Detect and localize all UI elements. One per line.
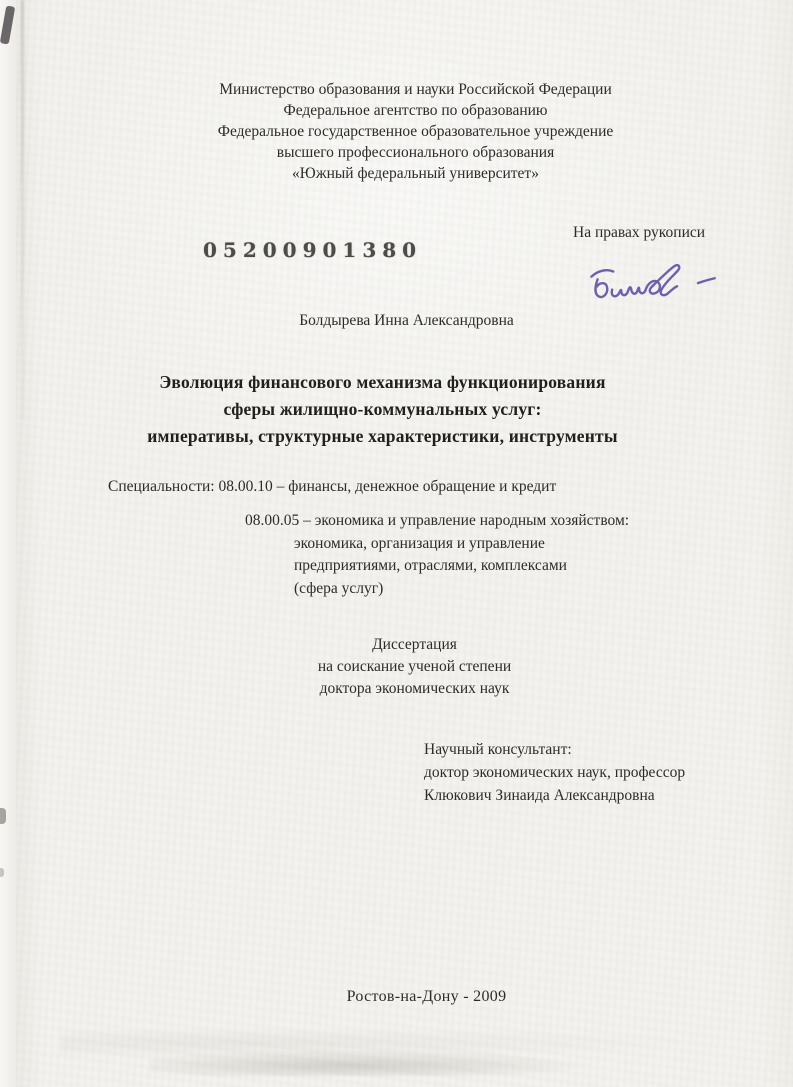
scientific-consultant: Научный консультант: доктор экономически… — [424, 738, 685, 807]
dissertation-title-page: Министерство образования и науки Российс… — [0, 0, 793, 1087]
title-line: императивы, структурные характеристики, … — [0, 423, 779, 450]
header-line: высшего профессионального образования — [19, 142, 793, 163]
registration-stamp-number: 05200901380 — [203, 238, 422, 262]
ministry-header: Министерство образования и науки Российс… — [19, 79, 793, 184]
specialty-code-line: 08.00.05 – экономика и управление народн… — [245, 510, 629, 533]
author-name: Болдырева Инна Александровна — [10, 312, 793, 330]
scan-speck — [0, 868, 4, 877]
manuscript-rights-note: На правах рукописи — [573, 224, 705, 242]
scan-smudge — [150, 1050, 590, 1076]
city-year: Ростов-на-Дону - 2009 — [30, 988, 793, 1006]
specialty-second: 08.00.05 – экономика и управление народн… — [245, 510, 629, 600]
handwritten-signature — [585, 256, 740, 314]
consultant-line: Клюкович Зинаида Александровна — [424, 784, 685, 807]
consultant-line: Научный консультант: — [424, 738, 685, 761]
scan-speck — [0, 808, 6, 824]
header-line: «Южный федеральный университет» — [19, 163, 793, 184]
degree-line: на соискание ученой степени — [18, 656, 793, 678]
degree-statement: Диссертация на соискание ученой степени … — [18, 634, 793, 700]
specialty-continuation-line: экономика, организация и управление — [294, 533, 629, 556]
specialty-continuation-line: предприятиями, отраслями, комплексами — [294, 555, 629, 578]
degree-line: доктора экономических наук — [18, 678, 793, 700]
specialty-continuation-line: (сфера услуг) — [294, 578, 629, 601]
header-line: Министерство образования и науки Российс… — [19, 79, 793, 100]
scan-crease — [21, 0, 24, 420]
specialty-first: Специальности: 08.00.10 – финансы, денеж… — [108, 478, 556, 496]
title-line: Эволюция финансового механизма функциони… — [0, 369, 779, 396]
specialty-continuation: экономика, организация и управление пред… — [294, 533, 629, 601]
consultant-line: доктор экономических наук, профессор — [424, 761, 685, 784]
dissertation-title: Эволюция финансового механизма функциони… — [0, 369, 779, 450]
title-line: сферы жилищно-коммунальных услуг: — [0, 396, 779, 423]
header-line: Федеральное агентство по образованию — [19, 100, 793, 121]
degree-line: Диссертация — [18, 634, 793, 656]
header-line: Федеральное государственное образователь… — [19, 121, 793, 142]
scan-left-edge — [0, 0, 16, 1087]
